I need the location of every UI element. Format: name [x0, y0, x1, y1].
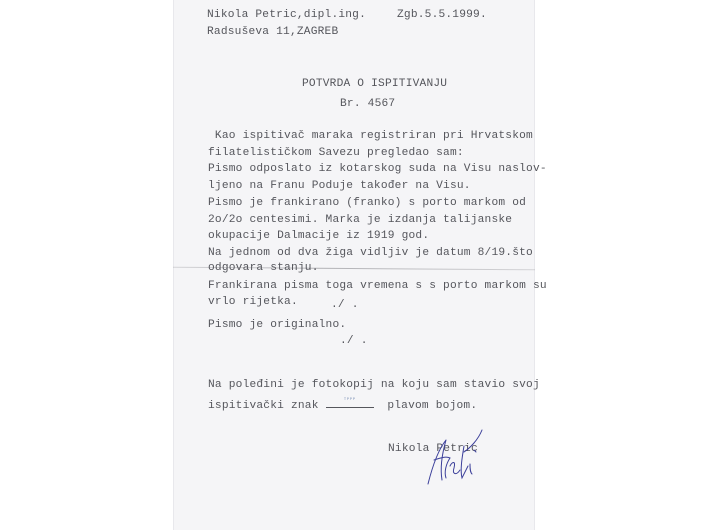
- closing-line-2: ispitivački znak ᵀᴾᴾᴾ plavom bojom.: [208, 398, 477, 412]
- body-line: 2o/2o centesimi. Marka je izdanja talija…: [208, 215, 512, 226]
- body-line: Kao ispitivač maraka registriran pri Hrv…: [208, 131, 533, 142]
- statement: Pismo je originalno.: [208, 320, 346, 331]
- document-title: POTVRDA O ISPITIVANJU: [302, 79, 447, 90]
- document-number: Br. 4567: [340, 99, 395, 110]
- letter-date: Zgb.5.5.1999.: [397, 10, 487, 21]
- body-line: Frankirana pisma toga vremena s s porto …: [208, 281, 547, 292]
- examiner-mark-sample: ᵀᴾᴾᴾ: [344, 398, 356, 403]
- separator-2: ./ .: [340, 336, 368, 347]
- mark-blank: ᵀᴾᴾᴾ: [326, 398, 374, 408]
- body-line: Pismo je frankirano (franko) s porto mar…: [208, 198, 526, 209]
- body-line: vrlo rijetka.: [208, 297, 298, 308]
- body-line: Pismo odposlato iz kotarskog suda na Vis…: [208, 164, 547, 175]
- body-line: ljeno na Franu Poduje također na Visu.: [208, 181, 471, 192]
- closing-line-1: Na poleđini je fotokopij na koju sam sta…: [208, 380, 540, 391]
- body-line: Na jednom od dva žiga vidljiv je datum 8…: [208, 248, 533, 259]
- body-line: odgovara stanju.: [208, 263, 319, 274]
- closing-line-2-text: ispitivački znak: [208, 400, 326, 412]
- sender-address: Radsuševa 11,ZAGREB: [207, 27, 338, 38]
- separator-1: ./ .: [331, 300, 359, 311]
- sender-name: Nikola Petric,dipl.ing.: [207, 10, 366, 21]
- body-line: okupacije Dalmacije iz 1919 god.: [208, 231, 429, 242]
- handwritten-signature: [420, 428, 490, 488]
- closing-line-2-end: plavom bojom.: [374, 400, 478, 412]
- body-line: filatelističkom Savezu pregledao sam:: [208, 148, 464, 159]
